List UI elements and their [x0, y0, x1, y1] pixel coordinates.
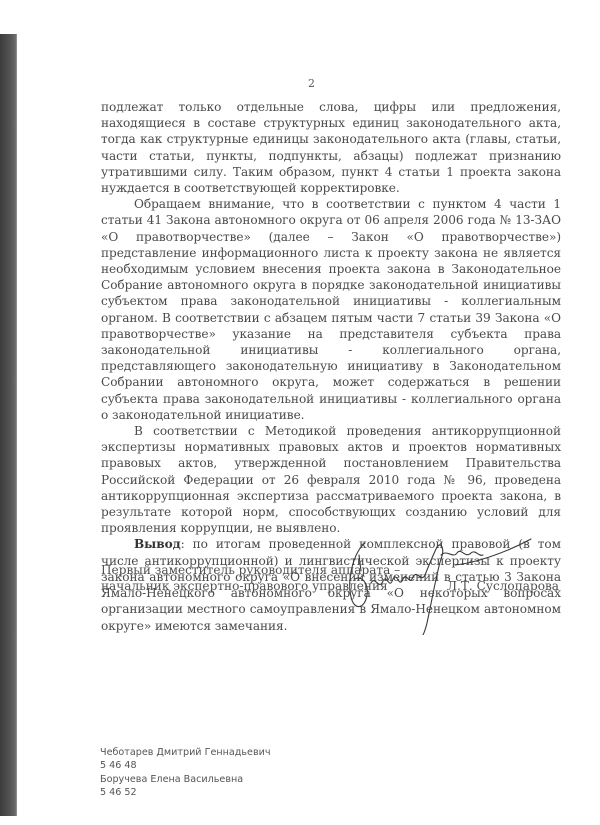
paragraph-information-sheet: Обращаем внимание, что в соответствии с …	[101, 196, 561, 423]
paragraph-continuation: подлежат только отдельные слова, цифры и…	[101, 99, 561, 196]
scan-edge-shadow	[0, 34, 17, 816]
contact-name: Чеботарев Дмитрий Геннадьевич	[100, 746, 271, 759]
page-number: 2	[308, 77, 315, 90]
handwritten-signature-icon	[345, 535, 535, 635]
contact-name: Боручева Елена Васильевна	[100, 773, 271, 786]
contact-persons: Чеботарев Дмитрий Геннадьевич 5 46 48 Бо…	[100, 746, 271, 799]
paragraph-anticorruption: В соответствии с Методикой проведения ан…	[101, 423, 561, 536]
contact-phone: 5 46 48	[100, 759, 271, 772]
contact-phone: 5 46 52	[100, 786, 271, 799]
conclusion-label: Вывод	[134, 537, 181, 551]
